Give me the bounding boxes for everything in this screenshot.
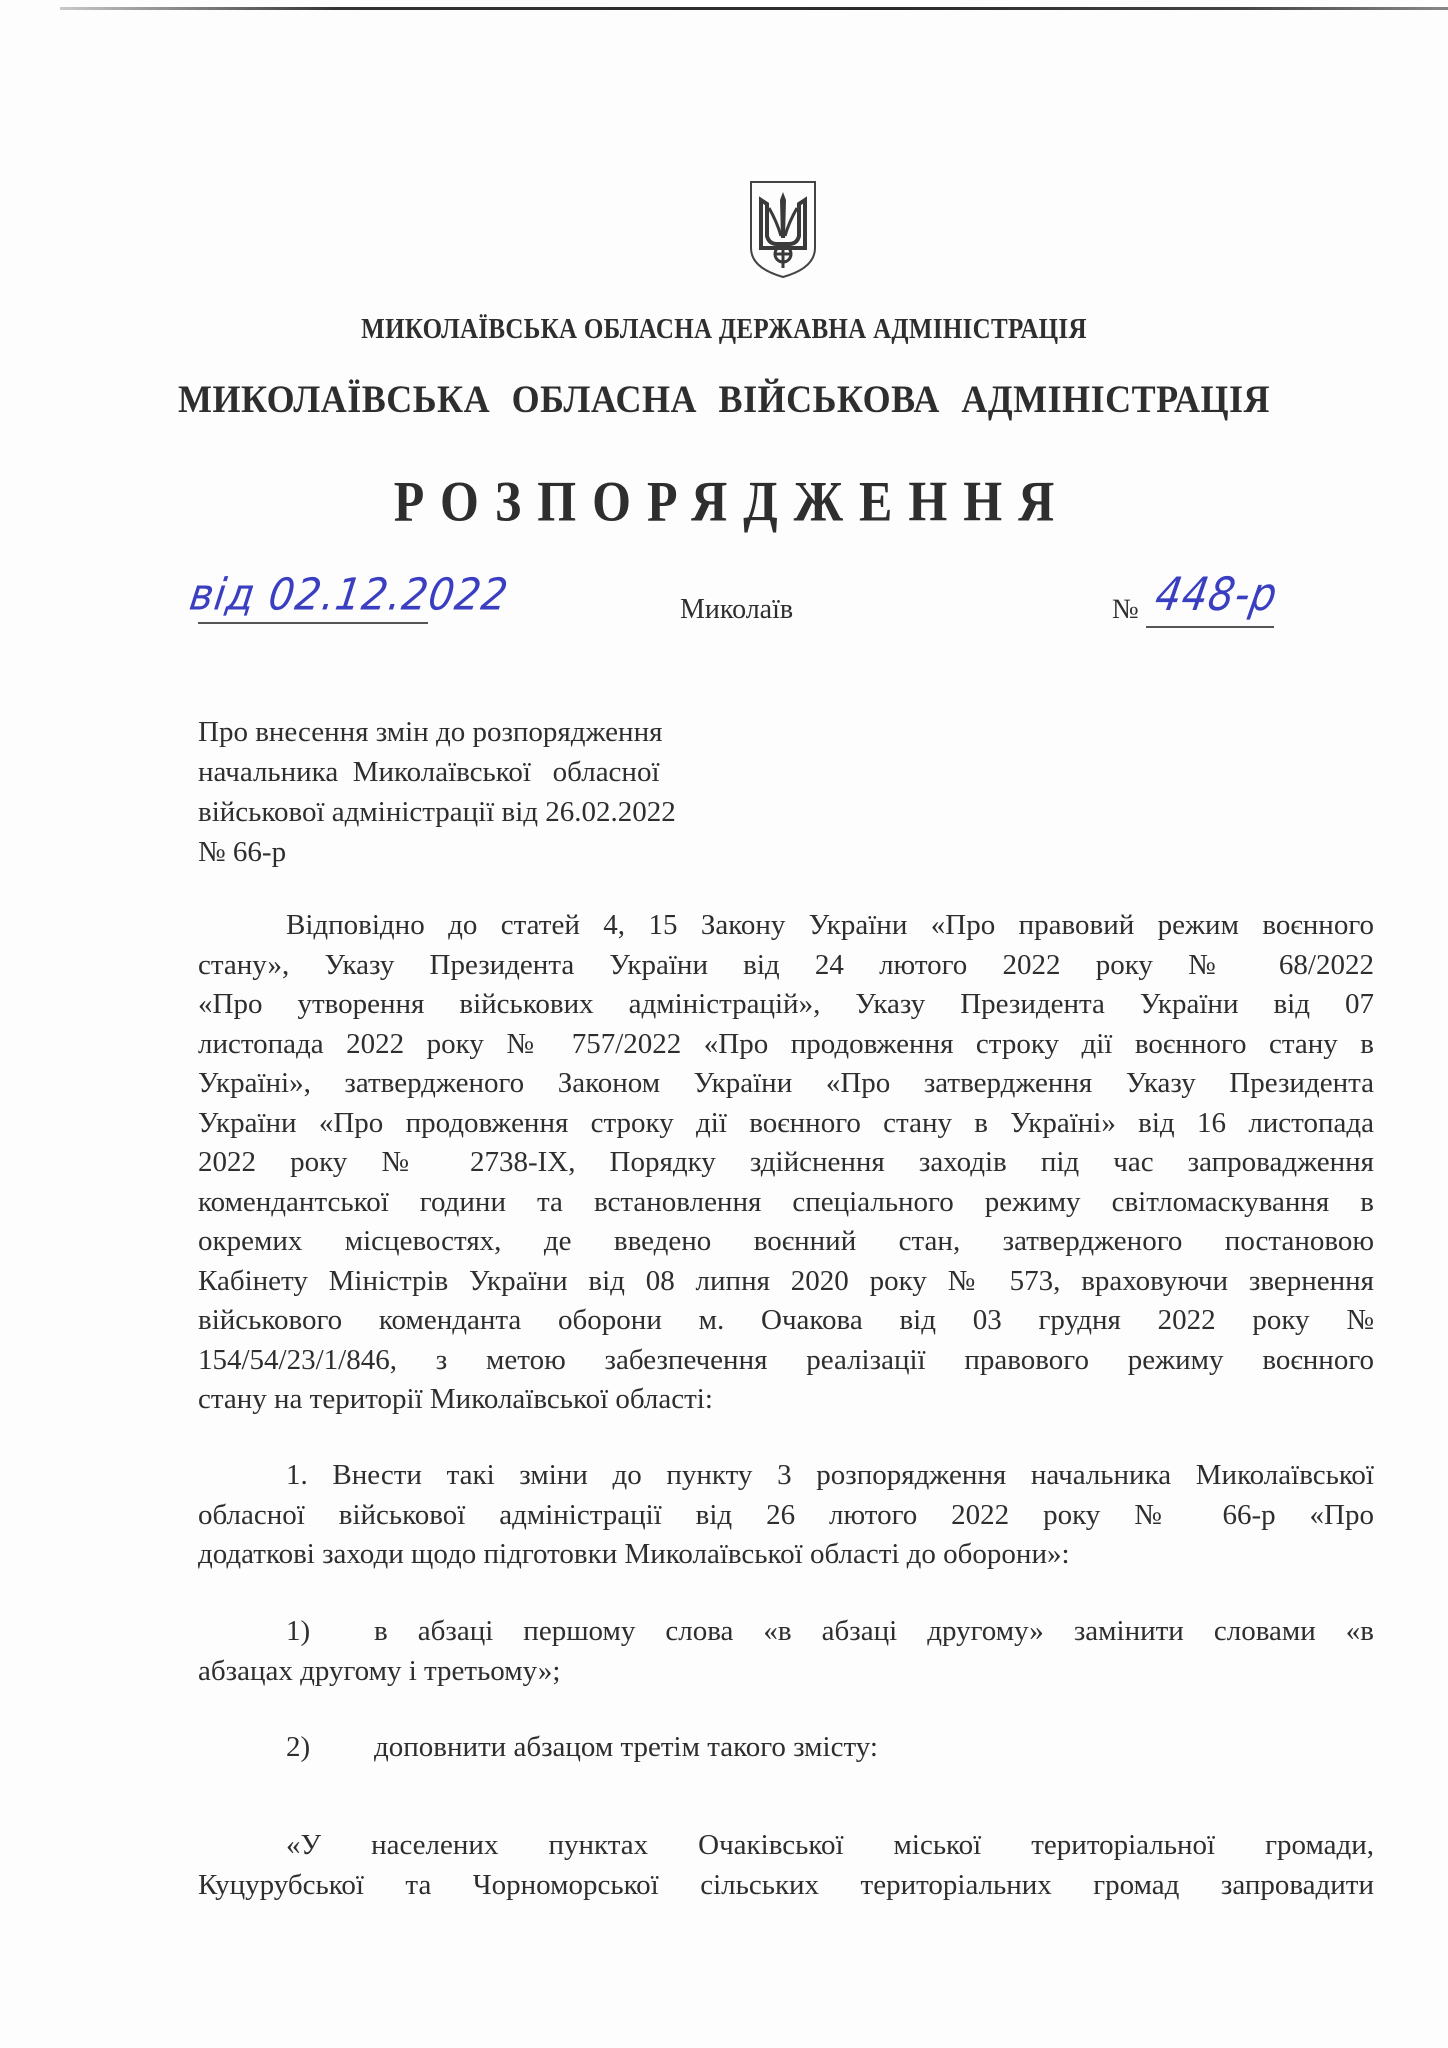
text-line: Кабінету Міністрів України від 08 липня … [198, 1262, 1374, 1302]
date-underline [198, 622, 428, 624]
text-line: України «Про продовження строку дії воєн… [198, 1104, 1374, 1144]
organization-name-state: МИКОЛАЇВСЬКА ОБЛАСНА ДЕРЖАВНА АДМІНІСТРА… [0, 314, 1448, 346]
text-line: «У населених пунктах Очаківської міської… [198, 1826, 1374, 1866]
document-type-title: РОЗПОРЯДЖЕННЯ [0, 468, 1448, 535]
subitem-number: 1) [286, 1612, 374, 1652]
number-underline [1146, 626, 1274, 628]
text-line: 154/54/23/1/846, з метою забезпечення ре… [198, 1341, 1374, 1381]
text-line: обласної військової адміністрації від 26… [198, 1496, 1374, 1536]
text-line: 2022 року № 2738-IX, Порядку здійснення … [198, 1143, 1374, 1183]
document-number-field: № 448-р [1112, 572, 1352, 642]
subject-line: Про внесення змін до розпорядження [198, 712, 676, 752]
text-line: 2)доповнити абзацом третім такого змісту… [198, 1728, 1374, 1768]
subitem-text: доповнити абзацом третім такого змісту: [374, 1731, 878, 1763]
ukraine-trident-emblem-icon [747, 178, 819, 280]
scan-top-edge [60, 7, 1448, 10]
text-line: Україні», затвердженого Законом України … [198, 1064, 1374, 1104]
text-line: додаткові заходи щодо підготовки Миколаї… [198, 1535, 1374, 1575]
point-1-paragraph: 1. Внести такі зміни до пункту 3 розпоря… [198, 1456, 1374, 1575]
handwritten-number: 448-р [1151, 569, 1281, 622]
document-date-field: від 02.12.2022 [190, 570, 430, 630]
text-line: стану», Указу Президента України від 24 … [198, 946, 1374, 986]
quoted-amendment: «У населених пунктах Очаківської міської… [198, 1826, 1374, 1905]
text-line: листопада 2022 року № 757/2022 «Про прод… [198, 1025, 1374, 1065]
text-line: окремих місцевостях, де введено воєнний … [198, 1222, 1374, 1262]
subitem-2: 2)доповнити абзацом третім такого змісту… [198, 1728, 1374, 1768]
text-line: Куцурубської та Чорноморської сільських … [198, 1866, 1374, 1906]
subject-line: начальника Миколаївської обласної [198, 752, 676, 792]
text-line: військового коменданта оборони м. Очаков… [198, 1301, 1374, 1341]
subitem-text: в абзаці першому слова «в абзаці другому… [374, 1615, 1374, 1647]
subject-line: військової адміністрації від 26.02.2022 [198, 792, 676, 832]
text-line: Відповідно до статей 4, 15 Закону Україн… [198, 906, 1374, 946]
preamble-paragraph: Відповідно до статей 4, 15 Закону Україн… [198, 906, 1374, 1420]
text-line: «Про утворення військових адміністрацій»… [198, 985, 1374, 1025]
text-line: стану на території Миколаївської області… [198, 1380, 1374, 1420]
document-subject: Про внесення змін до розпорядження начал… [198, 712, 676, 872]
subject-line: № 66-р [198, 832, 676, 872]
text-line: 1)в абзаці першому слова «в абзаці друго… [198, 1612, 1374, 1652]
subitem-number: 2) [286, 1728, 374, 1768]
organization-name-military: МИКОЛАЇВСЬКА ОБЛАСНА ВІЙСЬКОВА АДМІНІСТР… [0, 376, 1448, 422]
text-line: комендантської години та встановлення сп… [198, 1183, 1374, 1223]
document-city: Миколаїв [680, 594, 793, 626]
subitem-1: 1)в абзаці першому слова «в абзаці друго… [198, 1612, 1374, 1691]
number-sign: № [1112, 594, 1139, 626]
text-line: 1. Внести такі зміни до пункту 3 розпоря… [198, 1456, 1374, 1496]
text-line: абзацах другому і третьому»; [198, 1652, 1374, 1692]
handwritten-date: від 02.12.2022 [186, 570, 511, 621]
